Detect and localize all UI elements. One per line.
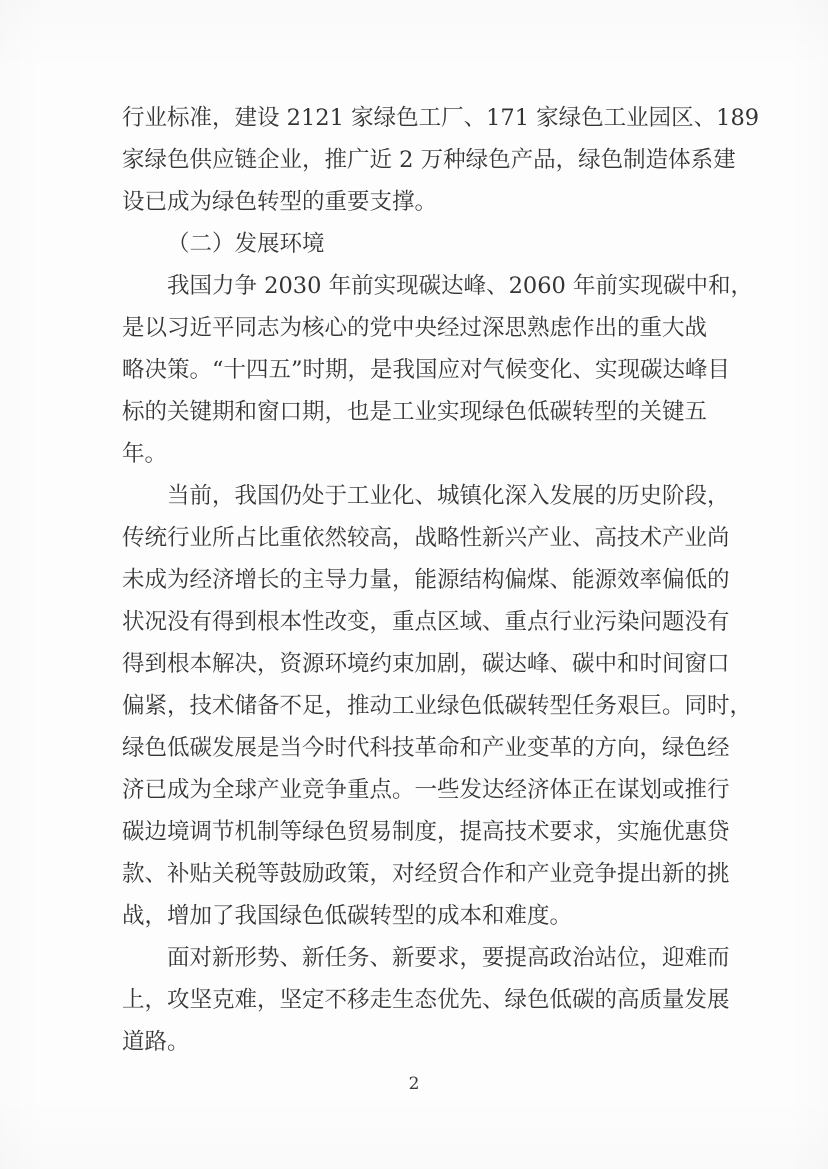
text-line: 上，攻坚克难，坚定不移走生态优先、绿色低碳的高质量发展 xyxy=(122,979,714,1021)
text-line: 我国力争 2030 年前实现碳达峰、2060 年前实现碳中和， xyxy=(122,265,714,307)
section-heading: （二）发展环境 xyxy=(122,223,714,265)
text-line: 绿色低碳发展是当今时代科技革命和产业变革的方向，绿色经 xyxy=(122,727,714,769)
text-line: 传统行业所占比重依然较高，战略性新兴产业、高技术产业尚 xyxy=(122,517,714,559)
text-line: 偏紧，技术储备不足，推动工业绿色低碳转型任务艰巨。同时， xyxy=(122,685,714,727)
text-line: 标的关键期和窗口期，也是工业实现绿色低碳转型的关键五 xyxy=(122,391,714,433)
page-number: 2 xyxy=(0,1072,828,1096)
text-line: 略决策。“十四五”时期，是我国应对气候变化、实现碳达峰目 xyxy=(122,349,714,391)
text-line: 碳边境调节机制等绿色贸易制度，提高技术要求，实施优惠贷 xyxy=(122,811,714,853)
text-line: 面对新形势、新任务、新要求，要提高政治站位，迎难而 xyxy=(122,937,714,979)
text-line: 行业标准，建设 2121 家绿色工厂、171 家绿色工业园区、189 xyxy=(122,97,714,139)
text-line: 战，增加了我国绿色低碳转型的成本和难度。 xyxy=(122,895,714,937)
text-line: 道路。 xyxy=(122,1021,714,1063)
text-line: 家绿色供应链企业，推广近 2 万种绿色产品，绿色制造体系建 xyxy=(122,139,714,181)
text-line: 款、补贴关税等鼓励政策，对经贸合作和产业竞争提出新的挑 xyxy=(122,853,714,895)
text-line: 未成为经济增长的主导力量，能源结构偏煤、能源效率偏低的 xyxy=(122,559,714,601)
document-body: 行业标准，建设 2121 家绿色工厂、171 家绿色工业园区、189家绿色供应链… xyxy=(122,97,714,1063)
text-line: 得到根本解决，资源环境约束加剧，碳达峰、碳中和时间窗口 xyxy=(122,643,714,685)
text-line: 状况没有得到根本性改变，重点区域、重点行业污染问题没有 xyxy=(122,601,714,643)
text-line: 年。 xyxy=(122,433,714,475)
text-line: 是以习近平同志为核心的党中央经过深思熟虑作出的重大战 xyxy=(122,307,714,349)
document-page: 行业标准，建设 2121 家绿色工厂、171 家绿色工业园区、189家绿色供应链… xyxy=(0,0,828,1169)
text-line: 设已成为绿色转型的重要支撑。 xyxy=(122,181,714,223)
text-line: 济已成为全球产业竞争重点。一些发达经济体正在谋划或推行 xyxy=(122,769,714,811)
text-line: 当前，我国仍处于工业化、城镇化深入发展的历史阶段， xyxy=(122,475,714,517)
